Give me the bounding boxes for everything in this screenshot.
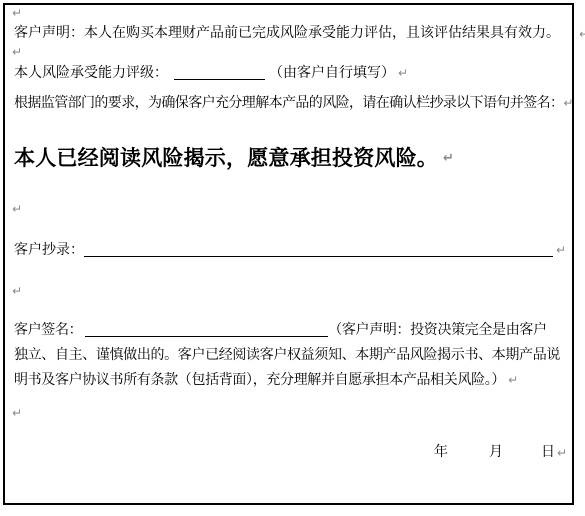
date-month-label: 月: [489, 445, 503, 461]
paragraph-mark-icon: ↵: [563, 96, 572, 110]
date-year-label: 年: [434, 445, 448, 461]
risk-statement-text: 本人已经阅读风险揭示，愿意承担投资风险。: [14, 146, 438, 170]
paragraph-mark-icon: ↵: [443, 151, 454, 166]
signature-note-text2: 独立、自主、谨慎做出的。客户已经阅读客户权益须知、本期产品风险揭示书、本期产品说: [14, 348, 560, 363]
rating-blank-line[interactable]: [174, 66, 265, 80]
instruction-line: 根据监管部门的要求，为确保客户充分理解本产品的风险，请在确认栏抄录以下语句并签名…: [14, 96, 573, 112]
signature-label: 客户签名：: [14, 323, 82, 338]
risk-statement-line: 本人已经阅读风险揭示，愿意承担投资风险。↵: [14, 146, 454, 170]
rating-label: 本人风险承受能力评级：: [14, 66, 168, 81]
signature-line: 客户签名：（客户声明：投资决策完全是由客户: [14, 323, 547, 339]
instruction-text: 根据监管部门的要求，为确保客户充分理解本产品的风险，请在确认栏抄录以下语句并签名…: [14, 96, 563, 111]
rating-line: 本人风险承受能力评级：（由客户自行填写）↵: [14, 66, 408, 82]
declaration-text: 客户声明：本人在购买本理财产品前已完成风险承受能力评估，且该评估结果具有效力。: [14, 26, 560, 41]
signature-note-line1: （客户声明：投资决策完全是由客户: [328, 323, 546, 338]
copy-label: 客户抄录：: [14, 243, 84, 258]
date-line: 年 月 日 ↵: [5, 445, 576, 461]
signature-note-text3: 明书及客户协议书所有条款（包括背面），充分理解并自愿承担本产品相关风险。）: [14, 373, 505, 388]
document-page: ↵ 客户声明：本人在购买本理财产品前已完成风险承受能力评估，且该评估结果具有效力…: [3, 3, 574, 505]
rating-suffix: （由客户自行填写）: [269, 66, 395, 81]
paragraph-mark-icon: ↵: [12, 407, 22, 419]
paragraph-mark-icon: ↵: [12, 285, 22, 297]
paragraph-mark-icon: ↵: [579, 28, 585, 40]
signature-note-line3: 明书及客户协议书所有条款（包括背面），充分理解并自愿承担本产品相关风险。）↵: [14, 373, 518, 389]
paragraph-mark-icon: ↵: [12, 203, 22, 215]
paragraph-mark-icon: ↵: [557, 447, 567, 459]
copy-line: 客户抄录：↵: [14, 243, 566, 259]
signature-blank-line[interactable]: [85, 323, 328, 337]
paragraph-mark-icon: ↵: [398, 66, 408, 80]
copy-blank-line[interactable]: [84, 243, 553, 257]
signature-note-line2: 独立、自主、谨慎做出的。客户已经阅读客户权益须知、本期产品风险揭示书、本期产品说: [14, 348, 560, 364]
declaration-line: 客户声明：本人在购买本理财产品前已完成风险承受能力评估，且该评估结果具有效力。: [14, 26, 560, 42]
paragraph-mark-icon: ↵: [556, 243, 566, 257]
paragraph-mark-icon: ↵: [12, 46, 22, 58]
paragraph-mark-icon: ↵: [12, 7, 22, 19]
paragraph-mark-icon: ↵: [508, 373, 518, 387]
date-day-label: 日: [541, 445, 555, 461]
